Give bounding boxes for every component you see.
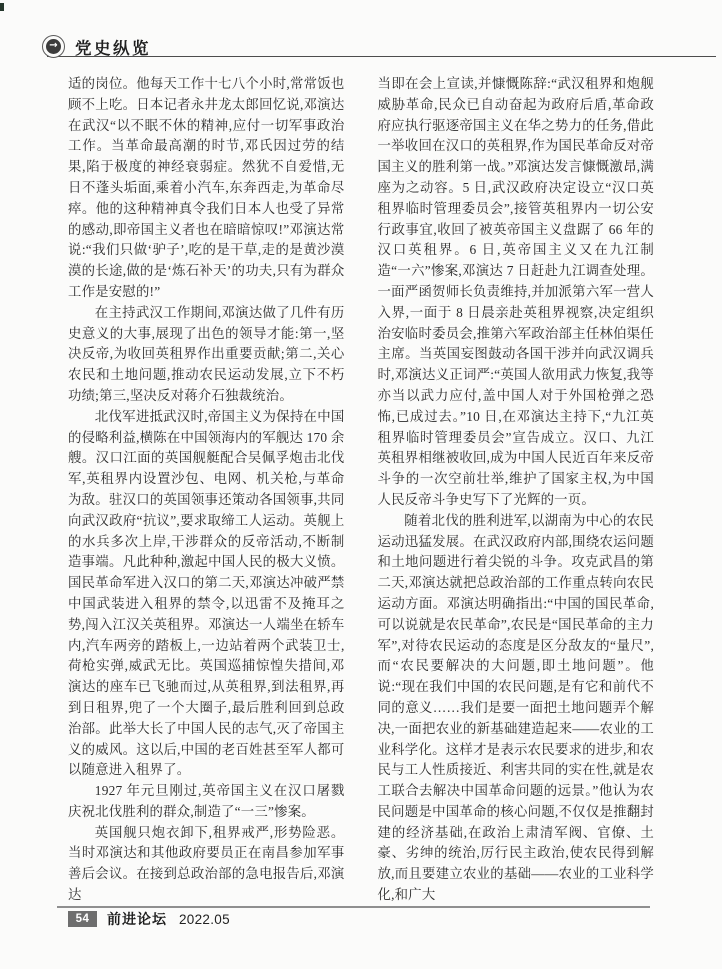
- header-rule: [47, 56, 716, 57]
- circle-arrow-icon: →: [42, 35, 65, 58]
- paragraph: 当即在会上宣读,并慷慨陈辞:“武汉租界和炮舰威胁革命,民众已自动奋起为政府后盾,…: [378, 74, 655, 511]
- scan-artifact: [0, 3, 4, 11]
- article-body: 适的岗位。他每天工作十七八个小时,常常饭也顾不上吃。日本记者永井龙太郎回忆说,邓…: [68, 74, 654, 906]
- issue-date: 2022.05: [179, 912, 230, 927]
- paragraph: 随着北伐的胜利进军,以湖南为中心的农民运动迅猛发展。在武汉政府内部,围绕农运问题…: [378, 511, 655, 906]
- journal-name: 前进论坛: [107, 909, 167, 929]
- paragraph: 北伐军进抵武汉时,帝国主义为保持在中国的侵略利益,横陈在中国领海内的军舰达 17…: [68, 407, 345, 781]
- paragraph: 适的岗位。他每天工作十七八个小时,常常饭也顾不上吃。日本记者永井龙太郎回忆说,邓…: [68, 74, 345, 303]
- right-column: 当即在会上宣读,并慷慨陈辞:“武汉租界和炮舰威胁革命,民众已自动奋起为政府后盾,…: [378, 74, 655, 906]
- paragraph: 英国舰只炮衣卸下,租界戒严,形势险恶。当时邓演达和其他政府要员正在南昌参加军事善…: [68, 823, 345, 906]
- footer-rule: [57, 906, 650, 908]
- left-column: 适的岗位。他每天工作十七八个小时,常常饭也顾不上吃。日本记者永井龙太郎回忆说,邓…: [68, 74, 345, 906]
- paragraph: 1927 年元旦刚过,英帝国主义在汉口屠戮庆祝北伐胜利的群众,制造了“一三”惨案…: [68, 781, 345, 823]
- footer-row: 54 前进论坛 2022.05: [68, 909, 230, 929]
- paragraph: 在主持武汉工作期间,邓演达做了几件有历史意义的大事,展现了出色的领导才能:第一,…: [68, 303, 345, 407]
- page-number-badge: 54: [68, 911, 97, 928]
- arrow-right-icon: →: [46, 39, 61, 54]
